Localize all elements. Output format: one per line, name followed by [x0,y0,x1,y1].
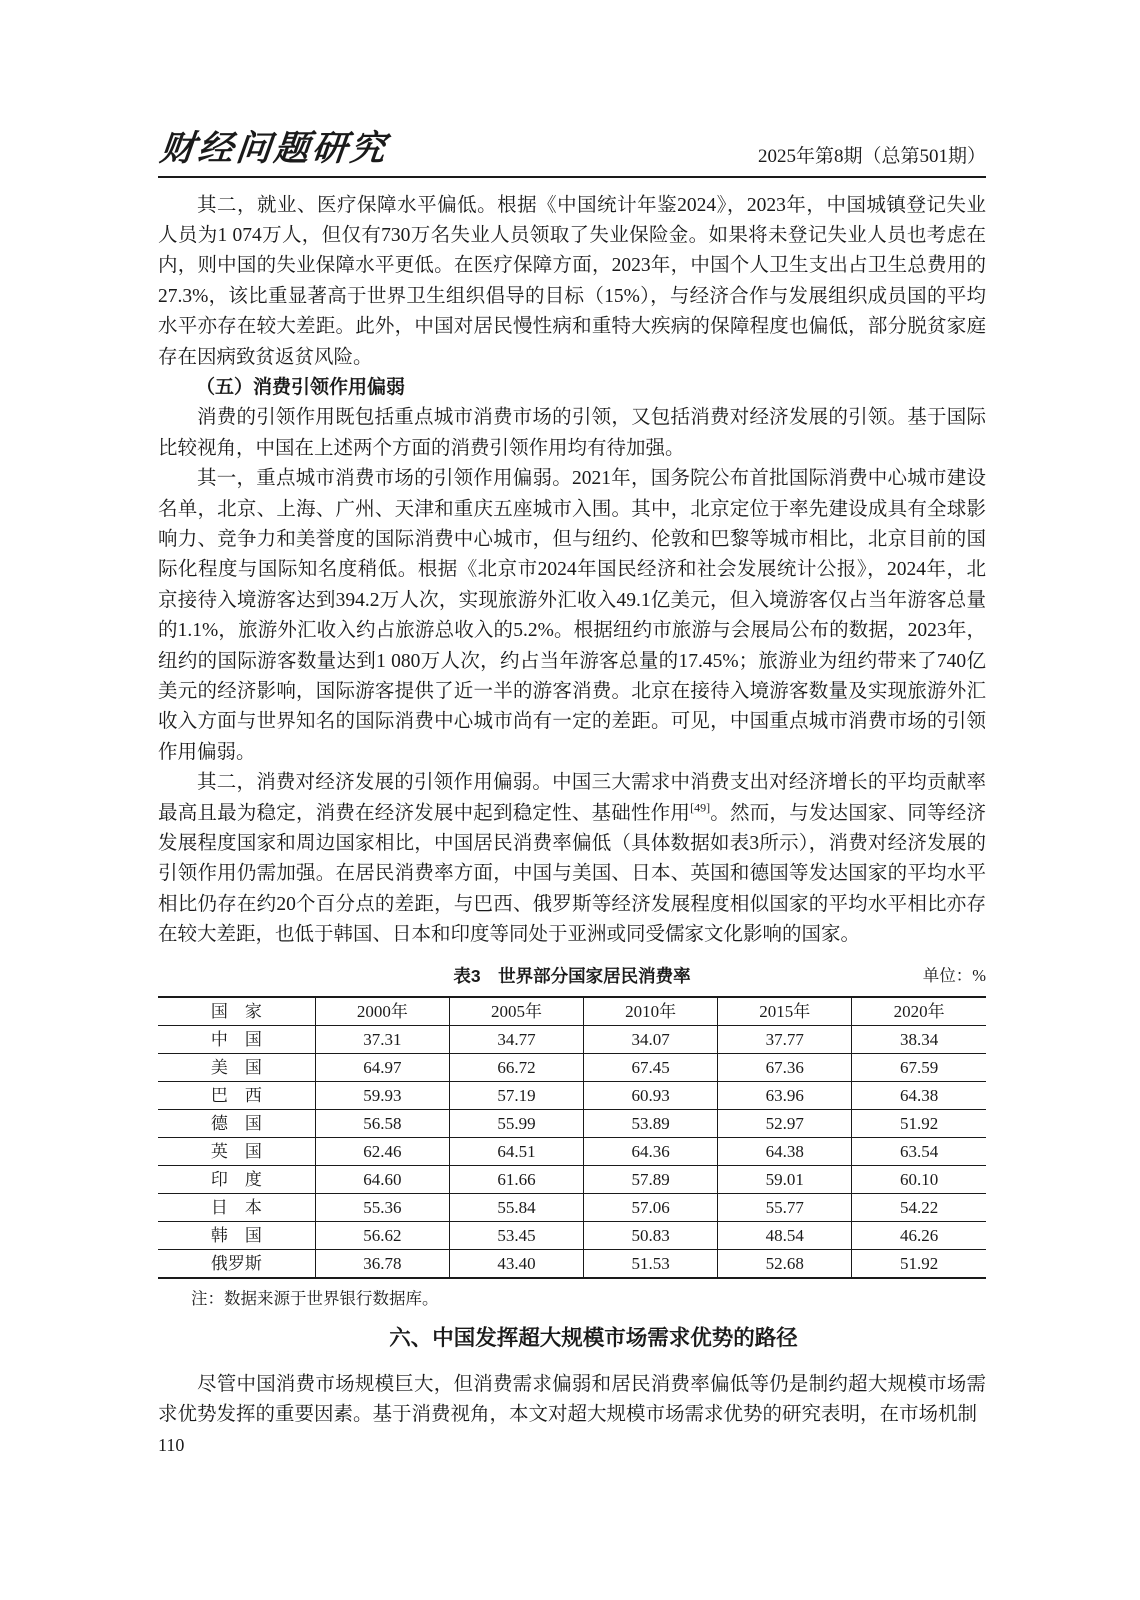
page-content: 财经问题研究 2025年第8期（总第501期） 其二，就业、医疗保障水平偏低。根… [158,130,986,1461]
cell-value: 51.92 [852,1109,986,1137]
cell-value: 63.54 [852,1137,986,1165]
table-header-row: 国 家 2000年 2005年 2010年 2015年 2020年 [158,997,986,1026]
table-row-germany: 德 国 56.58 55.99 53.89 52.97 51.92 [158,1109,986,1137]
table-caption: 表3 世界部分国家居民消费率 [453,966,690,986]
cell-country: 英 国 [158,1137,315,1165]
consumption-rate-table: 国 家 2000年 2005年 2010年 2015年 2020年 中 国 37… [158,996,986,1279]
cell-value: 52.68 [718,1249,852,1278]
cell-value: 67.36 [718,1053,852,1081]
cell-value: 55.99 [449,1109,583,1137]
cell-value: 36.78 [315,1249,449,1278]
table-row-usa: 美 国 64.97 66.72 67.45 67.36 67.59 [158,1053,986,1081]
cell-value: 43.40 [449,1249,583,1278]
page-header: 财经问题研究 2025年第8期（总第501期） [158,130,986,178]
table-section: 表3 世界部分国家居民消费率 单位：% 国 家 2000年 2005年 2010… [158,963,986,1310]
cell-country: 德 国 [158,1109,315,1137]
cell-value: 55.77 [718,1193,852,1221]
paragraph-economic-leading-tail: 。然而，与发达国家、同等经济发展程度国家和周边国家相比，中国居民消费率偏低（具体… [158,803,986,946]
table-row-india: 印 度 64.60 61.66 57.89 59.01 60.10 [158,1165,986,1193]
cell-country: 韩 国 [158,1221,315,1249]
cell-value: 67.59 [852,1053,986,1081]
table-row-china: 中 国 37.31 34.77 34.07 37.77 38.34 [158,1025,986,1053]
cell-value: 59.01 [718,1165,852,1193]
citation-49: [49] [690,800,710,814]
column-header-country: 国 家 [158,997,315,1026]
cell-value: 48.54 [718,1221,852,1249]
column-header-2020: 2020年 [852,997,986,1026]
column-header-2010: 2010年 [584,997,718,1026]
cell-value: 60.93 [584,1081,718,1109]
paragraph-economic-leading: 其二，消费对经济发展的引领作用偏弱。中国三大需求中消费支出对经济增长的平均贡献率… [158,768,986,950]
cell-country: 日 本 [158,1193,315,1221]
cell-country: 美 国 [158,1053,315,1081]
body-text: 其二，就业、医疗保障水平偏低。根据《中国统计年鉴2024》，2023年，中国城镇… [158,191,986,951]
column-header-2015: 2015年 [718,997,852,1026]
tail-text: 六、中国发挥超大规模市场需求优势的路径 尽管中国消费市场规模巨大，但消费需求偏弱… [158,1323,986,1461]
table-unit-label: 单位：% [923,963,986,989]
cell-value: 56.62 [315,1221,449,1249]
cell-value: 50.83 [584,1221,718,1249]
cell-value: 38.34 [852,1025,986,1053]
cell-value: 64.38 [852,1081,986,1109]
cell-value: 63.96 [718,1081,852,1109]
cell-country: 印 度 [158,1165,315,1193]
cell-value: 53.89 [584,1109,718,1137]
cell-value: 59.93 [315,1081,449,1109]
cell-value: 62.46 [315,1137,449,1165]
paragraph-conclusion-intro: 尽管中国消费市场规模巨大，但消费需求偏弱和居民消费率偏低等仍是制约超大规模市场需… [158,1370,986,1431]
cell-value: 34.07 [584,1025,718,1053]
cell-value: 56.58 [315,1109,449,1137]
cell-country: 中 国 [158,1025,315,1053]
table-caption-row: 表3 世界部分国家居民消费率 单位：% [158,963,986,989]
cell-value: 64.36 [584,1137,718,1165]
cell-value: 51.92 [852,1249,986,1278]
column-header-2000: 2000年 [315,997,449,1026]
cell-value: 55.84 [449,1193,583,1221]
cell-value: 64.51 [449,1137,583,1165]
issue-info: 2025年第8期（总第501期） [758,146,986,169]
table-note: 注：数据来源于世界银行数据库。 [158,1288,986,1310]
table-row-korea: 韩 国 56.62 53.45 50.83 48.54 46.26 [158,1221,986,1249]
cell-value: 60.10 [852,1165,986,1193]
cell-value: 54.22 [852,1193,986,1221]
page-number: 110 [158,1430,986,1460]
paragraph-key-city-market: 其一，重点城市消费市场的引领作用偏弱。2021年，国务院公布首批国际消费中心城市… [158,464,986,768]
paragraph-employment-medical: 其二，就业、医疗保障水平偏低。根据《中国统计年鉴2024》，2023年，中国城镇… [158,191,986,373]
cell-value: 37.31 [315,1025,449,1053]
cell-value: 57.89 [584,1165,718,1193]
cell-country: 俄罗斯 [158,1249,315,1278]
journal-logo: 财经问题研究 [158,130,390,169]
cell-value: 64.60 [315,1165,449,1193]
table-row-russia: 俄罗斯 36.78 43.40 51.53 52.68 51.92 [158,1249,986,1278]
table-row-uk: 英 国 62.46 64.51 64.36 64.38 63.54 [158,1137,986,1165]
cell-value: 46.26 [852,1221,986,1249]
cell-country: 巴 西 [158,1081,315,1109]
cell-value: 67.45 [584,1053,718,1081]
section-heading-6: 六、中国发挥超大规模市场需求优势的路径 [158,1323,986,1353]
table-row-japan: 日 本 55.36 55.84 57.06 55.77 54.22 [158,1193,986,1221]
cell-value: 55.36 [315,1193,449,1221]
cell-value: 53.45 [449,1221,583,1249]
cell-value: 57.06 [584,1193,718,1221]
paragraph-consumption-leading: 消费的引领作用既包括重点城市消费市场的引领，又包括消费对经济发展的引领。基于国际… [158,403,986,464]
column-header-2005: 2005年 [449,997,583,1026]
cell-value: 64.38 [718,1137,852,1165]
cell-value: 57.19 [449,1081,583,1109]
cell-value: 37.77 [718,1025,852,1053]
cell-value: 51.53 [584,1249,718,1278]
cell-value: 66.72 [449,1053,583,1081]
subsection-heading-5: （五）消费引领作用偏弱 [158,373,986,403]
cell-value: 52.97 [718,1109,852,1137]
paper-page: 财经问题研究 2025年第8期（总第501期） 其二，就业、医疗保障水平偏低。根… [0,0,1140,1600]
table-row-brazil: 巴 西 59.93 57.19 60.93 63.96 64.38 [158,1081,986,1109]
cell-value: 34.77 [449,1025,583,1053]
cell-value: 61.66 [449,1165,583,1193]
cell-value: 64.97 [315,1053,449,1081]
